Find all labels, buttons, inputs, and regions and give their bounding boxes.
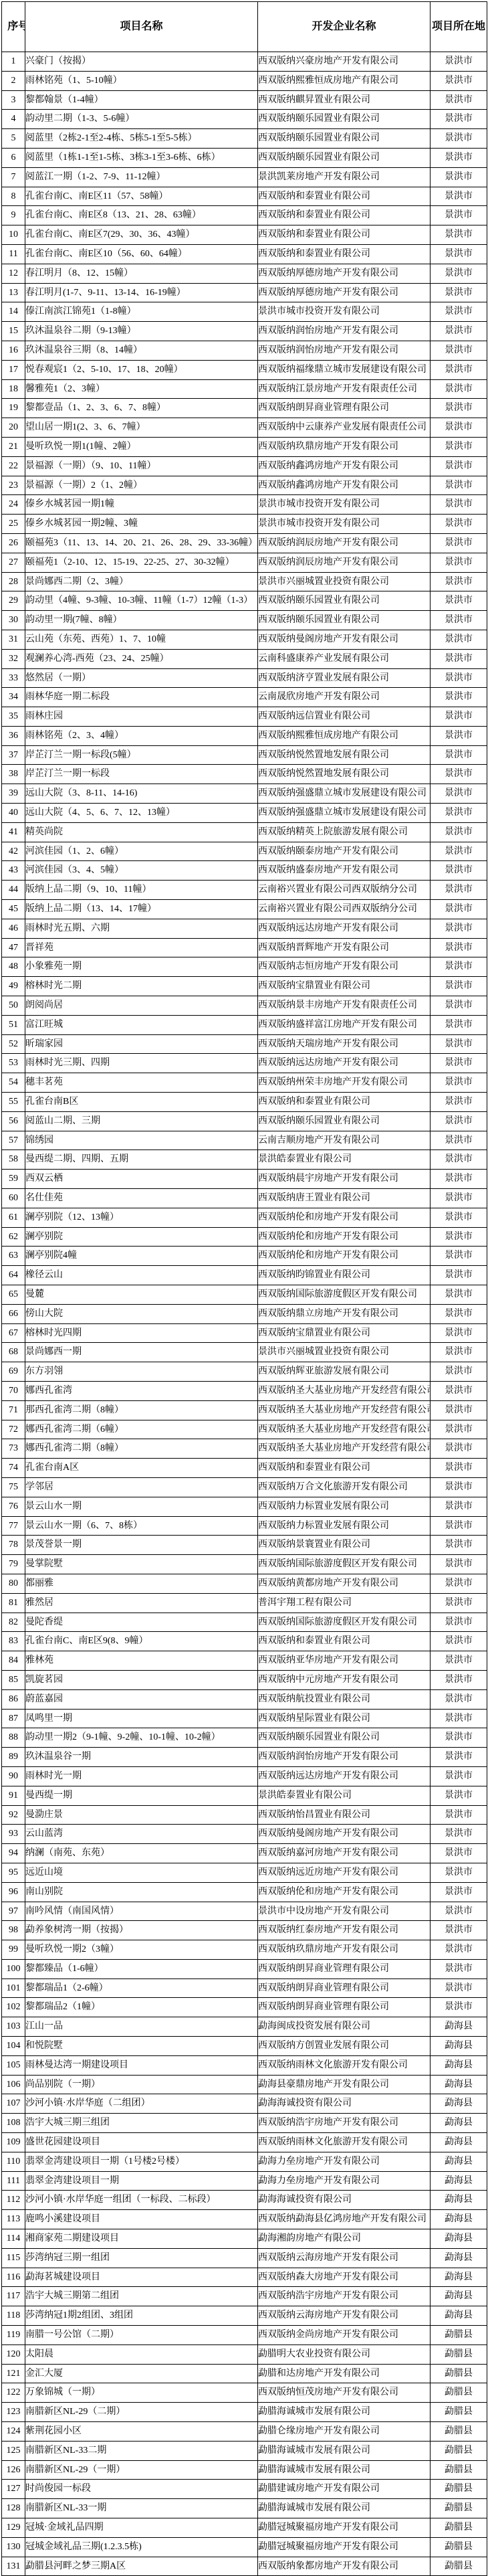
- project-location: 景洪市: [431, 630, 487, 649]
- row-number: 130: [2, 2537, 25, 2557]
- project-location: 勐腊县: [431, 2518, 487, 2538]
- project-name: 盛世花园建设项目: [25, 2133, 258, 2152]
- project-name: 景云山水一期: [25, 1497, 258, 1516]
- project-location: 景洪市: [431, 1420, 487, 1439]
- developer-name: 西双版纳远达房地产开发有限公司: [258, 1054, 431, 1073]
- project-name: 湘商家苑二期建设项目: [25, 2229, 258, 2249]
- project-name: 锦绣园: [25, 1131, 258, 1150]
- project-location: 勐海县: [431, 2171, 487, 2191]
- project-name: 韵动里一期(7幢、8幢）: [25, 611, 258, 630]
- project-location: 景洪市: [431, 1844, 487, 1863]
- developer-name: 西双版纳晨宇房地产开发有限公司: [258, 1170, 431, 1189]
- row-number: 52: [2, 1034, 25, 1054]
- project-location: 景洪市: [431, 1400, 487, 1420]
- table-row: 24傣乡水城茗园一期1幢景洪市城市投资开发有限公司景洪市: [2, 495, 487, 515]
- row-number: 103: [2, 2017, 25, 2037]
- project-location: 景洪市: [431, 1959, 487, 1979]
- table-row: 1兴豪门（按揭）西双版纳兴豪房地产开发有限公司景洪市: [2, 52, 487, 72]
- developer-name: 西双版纳和泰置业有限公司: [258, 1459, 431, 1478]
- developer-name: 西双版纳颐乐园置业有限公司: [258, 1111, 431, 1131]
- project-location: 景洪市: [431, 244, 487, 264]
- project-name: 景福源（一期）（9、10、11幢）: [25, 456, 258, 476]
- developer-name: 西双版纳天瑞房地产开发有限公司: [258, 1034, 431, 1054]
- row-number: 72: [2, 1420, 25, 1439]
- developer-name: 云南吉顺房地产开发有限公司: [258, 1131, 431, 1150]
- developer-name: 西双版纳雨林文化旅游开发有限公司: [258, 2055, 431, 2075]
- row-number: 42: [2, 842, 25, 861]
- table-row: 56阅蓝山二期、三期西双版纳颐乐园置业有限公司景洪市: [2, 1111, 487, 1131]
- project-location: 勐腊县: [431, 2480, 487, 2499]
- row-number: 113: [2, 2210, 25, 2229]
- table-row: 4韵动里二期（1-3、5-6幢）西双版纳颐乐园置业有限公司景洪市: [2, 110, 487, 129]
- row-number: 77: [2, 1516, 25, 1536]
- project-name: 莎湾纳冠1期2组团、3组团: [25, 2306, 258, 2326]
- row-number: 115: [2, 2248, 25, 2268]
- project-location: 勐腊县: [431, 2441, 487, 2460]
- developer-name: 西双版纳朗昇商业管理有限公司: [258, 1959, 431, 1979]
- project-name: 南腊新区NL-33一期: [25, 2499, 258, 2518]
- project-location: 景洪市: [431, 1555, 487, 1574]
- project-name: 东方羽翎: [25, 1362, 258, 1382]
- row-number: 91: [2, 1786, 25, 1805]
- table-row: 83孔雀台南C、南E区9(8、9幢）西双版纳和泰置业有限公司景洪市: [2, 1632, 487, 1651]
- developer-name: 西双版纳和泰置业有限公司: [258, 225, 431, 245]
- table-row: 77景云山水一期（6、7、8栋）西双版纳力标置业发展有限公司景洪市: [2, 1516, 487, 1536]
- developer-name: 西双版纳远达房地产开发有限公司: [258, 1766, 431, 1786]
- project-name: 云山蓝湾: [25, 1825, 258, 1844]
- row-number: 64: [2, 1266, 25, 1285]
- table-row: 125南腊新区NL-33二期勐腊海诚城市发展有限公司勐腊县: [2, 2441, 487, 2460]
- developer-name: 西双版纳润怡房地产开发有限公司: [258, 341, 431, 360]
- table-row: 71那西孔雀湾二期（8幢）西双版纳圣大基业房地产开发经营有限公司景洪市: [2, 1400, 487, 1420]
- row-number: 82: [2, 1613, 25, 1632]
- developer-name: 西双版纳志恒房地产开发有限公司: [258, 957, 431, 977]
- project-location: 景洪市: [431, 1439, 487, 1459]
- developer-name: 西双版纳福缘鼎立城市发展建设有限公司: [258, 360, 431, 379]
- developer-name: 西双版纳州荣丰房地产开发有限公司: [258, 1073, 431, 1093]
- row-number: 28: [2, 572, 25, 591]
- table-row: 109盛世花园建设项目西双版纳雨林文化旅游开发有限公司勐海县: [2, 2133, 487, 2152]
- project-name: 黎都翰景（1-4幢）: [25, 90, 258, 110]
- row-number: 34: [2, 688, 25, 707]
- developer-name: 西双版纳力标置业发展有限公司: [258, 1516, 431, 1536]
- table-row: 6阅蓝里（1栋1-1至1-5栋、3栋3-1至3-6栋、6栋）西双版纳颐乐园置业有…: [2, 148, 487, 167]
- developer-name: 西双版纳景寰置业有限公司: [258, 1536, 431, 1555]
- developer-name: 西双版纳颐乐园置业有限公司: [258, 129, 431, 149]
- table-row: 11孔雀台南C、南E区10（56、60、64幢）西双版纳和泰置业有限公司景洪市: [2, 244, 487, 264]
- row-number: 5: [2, 129, 25, 149]
- row-number: 36: [2, 726, 25, 745]
- project-location: 景洪市: [431, 1111, 487, 1131]
- developer-name: 勐腊建诚房地产开发有限公司: [258, 2480, 431, 2499]
- project-location: 勐海县: [431, 2114, 487, 2133]
- developer-name: 西双版纳嘉河房地产开发有限公司: [258, 1844, 431, 1863]
- project-location: 勐海县: [431, 2287, 487, 2306]
- developer-name: 西双版纳景丰房地产开发有限责任公司: [258, 996, 431, 1016]
- developer-name: 西双版纳亚华房地产开发有限公司: [258, 1651, 431, 1671]
- project-location: 勐海县: [431, 2055, 487, 2075]
- project-name: 江山一品: [25, 2017, 258, 2037]
- developer-name: 西双版纳鑫鸿房地产开发有限公司: [258, 476, 431, 495]
- project-location: 勐腊县: [431, 2422, 487, 2442]
- row-number: 102: [2, 1998, 25, 2017]
- row-number: 23: [2, 476, 25, 495]
- project-location: 景洪市: [431, 668, 487, 688]
- row-number: 73: [2, 1439, 25, 1459]
- table-row: 120太阳晨勐腊明大农业投资有限公司勐腊县: [2, 2344, 487, 2364]
- row-number: 89: [2, 1748, 25, 1767]
- table-row: 26颐福苑3（11、13、14、20、21、26、28、29、33-36幢）西双…: [2, 533, 487, 553]
- developer-name: 西双版纳方创置业发展有限公司: [258, 2037, 431, 2056]
- table-row: 62澜亭别院西双版纳伦和房地产开发有限公司景洪市: [2, 1227, 487, 1247]
- project-location: 景洪市: [431, 476, 487, 495]
- project-name: 孔雀台南C、南E区7(29、30、36、43幢）: [25, 225, 258, 245]
- table-row: 61澜亭别院（12、13幢）西双版纳伦和房地产开发有限公司景洪市: [2, 1208, 487, 1227]
- developer-name: 西双版纳金尚房地产开发有限公司: [258, 2326, 431, 2345]
- table-row: 27颐福苑1（2-10、12、15-19、22-25、27、30-32幢）西双版…: [2, 553, 487, 572]
- row-number: 121: [2, 2364, 25, 2383]
- project-location: 景洪市: [431, 1670, 487, 1689]
- project-location: 勐海县: [431, 2248, 487, 2268]
- project-location: 景洪市: [431, 52, 487, 72]
- row-number: 54: [2, 1073, 25, 1093]
- project-name: 景尚娜西一期: [25, 1343, 258, 1362]
- developer-name: 西双版纳玖鼎房地产开发有限公司: [258, 1940, 431, 1960]
- row-number: 25: [2, 515, 25, 534]
- table-body: 1兴豪门（按揭）西双版纳兴豪房地产开发有限公司景洪市2雨林铭苑（1、5-10幢）…: [2, 52, 487, 2576]
- project-location: 景洪市: [431, 765, 487, 784]
- row-number: 86: [2, 1689, 25, 1709]
- developer-name: 西双版纳朗昇商业管理有限公司: [258, 1979, 431, 1998]
- project-name: 莎湾纳冠三期一组团: [25, 2248, 258, 2268]
- table-row: 93云山蓝湾西双版纳曼阁房地产开发有限公司景洪市: [2, 1825, 487, 1844]
- table-row: 54穗丰茗苑西双版纳州荣丰房地产开发有限公司景洪市: [2, 1073, 487, 1093]
- project-name: 小象雅苑一期: [25, 957, 258, 977]
- project-location: 景洪市: [431, 1477, 487, 1497]
- row-number: 129: [2, 2518, 25, 2538]
- project-location: 勐腊县: [431, 2557, 487, 2576]
- project-location: 景洪市: [431, 553, 487, 572]
- project-name: 雨林华庭一期二标段: [25, 688, 258, 707]
- table-row: 98勐养象树湾一期（按揭）西双版纳红泰房地产开发有限公司景洪市: [2, 1921, 487, 1940]
- row-number: 119: [2, 2326, 25, 2345]
- developer-name: 勐腊海诚城市发展有限公司: [258, 2441, 431, 2460]
- project-location: 景洪市: [431, 1805, 487, 1825]
- table-row: 38岸芷汀兰一期一标段西双版纳悦然置地发展有限公司景洪市: [2, 765, 487, 784]
- table-row: 128南腊新区NL-33一期勐腊海诚城市发展有限公司勐腊县: [2, 2499, 487, 2518]
- project-name: 阅蓝里（2栋2-1至2-4栋、5栋5-1至5-5栋）: [25, 129, 258, 149]
- row-number: 33: [2, 668, 25, 688]
- project-location: 景洪市: [431, 1189, 487, 1208]
- table-row: 23景福源（一期）2（1、2幢）西双版纳鑫鸿房地产开发有限公司景洪市: [2, 476, 487, 495]
- project-name: 鹿鸣小溪建设项目: [25, 2210, 258, 2229]
- table-row: 37岸芷汀兰一期一标段(5幢）西双版纳悦然置地发展有限公司景洪市: [2, 745, 487, 765]
- project-location: 景洪市: [431, 1632, 487, 1651]
- project-name: 穗丰茗苑: [25, 1073, 258, 1093]
- row-number: 4: [2, 110, 25, 129]
- row-number: 70: [2, 1381, 25, 1400]
- developer-name: 西双版纳熙雅恒成房地产有限公司: [258, 726, 431, 745]
- row-number: 32: [2, 649, 25, 668]
- row-number: 40: [2, 804, 25, 823]
- row-number: 120: [2, 2344, 25, 2364]
- developer-name: 西双版纳和泰置业有限公司: [258, 206, 431, 225]
- developer-name: 西双版纳中元房地产开发有限公司: [258, 1670, 431, 1689]
- project-name: 望山居一期1(2、3、6、7幢）: [25, 418, 258, 438]
- developer-name: 景洪市兴丽城置业投资有限公司: [258, 572, 431, 591]
- header-row: 序号 项目名称 开发企业名称 项目所在地: [2, 2, 487, 52]
- row-number: 44: [2, 881, 25, 900]
- row-number: 43: [2, 861, 25, 881]
- table-row: 78景茂誉景一期西双版纳景寰置业有限公司景洪市: [2, 1536, 487, 1555]
- table-row: 21曼听玖悦一期1(1幢、2幢）西双版纳玖鼎房地产开发有限公司景洪市: [2, 437, 487, 456]
- table-row: 59西双云栖西双版纳晨宇房地产开发有限公司景洪市: [2, 1170, 487, 1189]
- table-row: 50朗阅尚居西双版纳景丰房地产开发有限责任公司景洪市: [2, 996, 487, 1016]
- project-name: 浩宇大城三期第二组团: [25, 2287, 258, 2306]
- project-location: 景洪市: [431, 804, 487, 823]
- row-number: 122: [2, 2383, 25, 2403]
- developer-name: 西双版纳恒茂房地产开发有限公司: [258, 2383, 431, 2403]
- project-location: 景洪市: [431, 1921, 487, 1940]
- project-name: 曼西缇二期、四期、五期: [25, 1150, 258, 1170]
- table-row: 81雅然居普洱宇翔工程有限公司景洪市: [2, 1593, 487, 1613]
- project-location: 景洪市: [431, 418, 487, 438]
- projects-table: 序号 项目名称 开发企业名称 项目所在地 1兴豪门（按揭）西双版纳兴豪房地产开发…: [1, 1, 487, 2576]
- row-number: 69: [2, 1362, 25, 1382]
- row-number: 13: [2, 283, 25, 302]
- project-location: 景洪市: [431, 1766, 487, 1786]
- table-row: 121金汇大厦勐腊和达房地产开发有限公司勐腊县: [2, 2364, 487, 2383]
- project-location: 景洪市: [431, 206, 487, 225]
- developer-name: 西双版纳国际旅游度假区开发有限公司: [258, 1285, 431, 1305]
- developer-name: 西双版纳象都房地产开发有限公司: [258, 2557, 431, 2576]
- table-row: 35雨林庄园西双版纳远信置业有限公司景洪市: [2, 707, 487, 727]
- table-row: 19黎都壹品（1、2、3、6、7、8幢）西双版纳朗昇商业管理有限公司景洪市: [2, 399, 487, 418]
- row-number: 114: [2, 2229, 25, 2249]
- row-number: 101: [2, 1979, 25, 1998]
- row-number: 92: [2, 1805, 25, 1825]
- table-row: 72娜西孔雀湾二期（6幢）西双版纳圣大基业房地产开发经营有限公司景洪市: [2, 1420, 487, 1439]
- project-name: 曼麓: [25, 1285, 258, 1305]
- table-row: 112沙河小镇·水岸华庭一组团（一标段、二标段）勐海海诚投资有限公司勐海县: [2, 2191, 487, 2210]
- project-location: 景洪市: [431, 379, 487, 399]
- row-number: 47: [2, 938, 25, 957]
- project-name: 沙河小镇·水岸华庭（二组团）: [25, 2094, 258, 2114]
- project-name: 娜西孔雀湾二期（6幢）: [25, 1420, 258, 1439]
- table-row: 29韵动里（4幢、9-3幢、10-3幢、11幢（1-7）12幢（1-3）西双版纳…: [2, 591, 487, 611]
- table-row: 91曼西缇一期景洪皓泰置业有限公司景洪市: [2, 1786, 487, 1805]
- developer-name: 西双版纳颐乐园置业有限公司: [258, 1728, 431, 1748]
- row-number: 105: [2, 2055, 25, 2075]
- table-row: 34雨林华庭一期二标段云南晟欣房地产开发有限公司景洪市: [2, 688, 487, 707]
- row-number: 56: [2, 1111, 25, 1131]
- row-number: 88: [2, 1728, 25, 1748]
- row-number: 6: [2, 148, 25, 167]
- table-row: 107沙河小镇·水岸华庭（二组团）勐海海诚投资有限公司勐海县: [2, 2094, 487, 2114]
- table-row: 97南吟风情（南国风情）景洪市中设房地产开发有限公司景洪市: [2, 1902, 487, 1921]
- project-name: 馨雅苑1（2、3幢）: [25, 379, 258, 399]
- project-location: 景洪市: [431, 1459, 487, 1478]
- project-location: 景洪市: [431, 129, 487, 149]
- project-location: 景洪市: [431, 1362, 487, 1382]
- developer-name: 西双版纳圣大基业房地产开发经营有限公司: [258, 1439, 431, 1459]
- project-name: 版纳上品二期（13、14、17幢）: [25, 900, 258, 919]
- row-number: 127: [2, 2480, 25, 2499]
- project-name: 黎都臻品（1-6幢）: [25, 1959, 258, 1979]
- developer-name: 西双版纳圣大基业房地产开发经营有限公司: [258, 1400, 431, 1420]
- table-row: 8孔雀台南C、南E区11（57、58幢）西双版纳和泰置业有限公司景洪市: [2, 187, 487, 206]
- row-number: 1: [2, 52, 25, 72]
- project-location: 景洪市: [431, 688, 487, 707]
- developer-name: 西双版纳鑫鸿房地产开发有限公司: [258, 456, 431, 476]
- table-row: 60名仕佳苑西双版纳唐王置业有限公司景洪市: [2, 1189, 487, 1208]
- project-location: 景洪市: [431, 842, 487, 861]
- project-location: 景洪市: [431, 1516, 487, 1536]
- project-location: 景洪市: [431, 1863, 487, 1882]
- row-number: 41: [2, 822, 25, 842]
- developer-name: 西双版纳熙雅恒成房地产有限公司: [258, 71, 431, 90]
- project-location: 景洪市: [431, 1728, 487, 1748]
- table-row: 102黎都瑞品2（1幢）西双版纳朗昇商业管理有限公司景洪市: [2, 1998, 487, 2017]
- developer-name: 勐海力垒房地产开发有限公司: [258, 2171, 431, 2191]
- row-number: 10: [2, 225, 25, 245]
- developer-name: 西双版纳江景房地产开发有限责任公司: [258, 379, 431, 399]
- table-row: 67榕林时光四期西双版纳宝鼎置业有限公司景洪市: [2, 1323, 487, 1343]
- developer-name: 西双版纳伦和房地产开发有限公司: [258, 1208, 431, 1227]
- row-number: 109: [2, 2133, 25, 2152]
- project-name: 兴豪门（按揭）: [25, 52, 258, 72]
- developer-name: 西双版纳朗昇商业管理有限公司: [258, 1998, 431, 2017]
- row-number: 45: [2, 900, 25, 919]
- developer-name: 西双版纳辉亚旅游发展有限公司: [258, 1362, 431, 1382]
- project-location: 景洪市: [431, 1015, 487, 1034]
- project-location: 勐海县: [431, 2017, 487, 2037]
- row-number: 125: [2, 2441, 25, 2460]
- developer-name: 西双版纳雨林文化旅游开发有限公司: [258, 2133, 431, 2152]
- project-name: 万象锦城（一期）: [25, 2383, 258, 2403]
- project-name: 凤鸣里一期: [25, 1709, 258, 1728]
- project-name: 河滨佳园（1、2、6幢）: [25, 842, 258, 861]
- project-location: 景洪市: [431, 302, 487, 322]
- project-location: 景洪市: [431, 187, 487, 206]
- project-name: 南腊新区NL-29（二期）: [25, 2403, 258, 2422]
- table-row: 84雅林苑西双版纳亚华房地产开发有限公司景洪市: [2, 1651, 487, 1671]
- project-location: 景洪市: [431, 1054, 487, 1073]
- developer-name: 景洪市城市投资开发有限公司: [258, 495, 431, 515]
- row-number: 108: [2, 2114, 25, 2133]
- table-row: 65曼麓西双版纳国际旅游度假区开发有限公司景洪市: [2, 1285, 487, 1305]
- project-name: 玖沐温泉谷三期（8、14幢）: [25, 341, 258, 360]
- project-name: 孔雀台南C、南E区10（56、60、64幢）: [25, 244, 258, 264]
- developer-name: 西双版纳润辰房地产开发有限公司: [258, 533, 431, 553]
- table-row: 75学邻居西双版纳万合文化旅游开发有限公司景洪市: [2, 1477, 487, 1497]
- row-number: 68: [2, 1343, 25, 1362]
- project-location: 景洪市: [431, 1343, 487, 1362]
- table-row: 87凤鸣里一期西双版纳星际置业有限公司景洪市: [2, 1709, 487, 1728]
- table-row: 17悦春观宸1（2、5-10、17、18、20幢）西双版纳福缘鼎立城市发展建设有…: [2, 360, 487, 379]
- row-number: 118: [2, 2306, 25, 2326]
- row-number: 51: [2, 1015, 25, 1034]
- project-name: 曼泐庄景: [25, 1805, 258, 1825]
- row-number: 11: [2, 244, 25, 264]
- table-row: 52昕瑞家园西双版纳天瑞房地产开发有限公司景洪市: [2, 1034, 487, 1054]
- row-number: 46: [2, 919, 25, 938]
- table-row: 103江山一品勐海闽成投资发展有限公司勐海县: [2, 2017, 487, 2037]
- developer-name: 西双版纳朗昇商业管理有限公司: [258, 399, 431, 418]
- table-row: 86蔚蓝嘉园西双版纳航投置业有限公司景洪市: [2, 1689, 487, 1709]
- project-name: 朗阅尚居: [25, 996, 258, 1016]
- project-name: 孔雀台南C、南E区9(8、9幢）: [25, 1632, 258, 1651]
- project-location: 勐海县: [431, 2191, 487, 2210]
- table-row: 55孔雀台南B区西双版纳和泰置业有限公司景洪市: [2, 1093, 487, 1112]
- developer-name: 云南晟欣房地产开发有限公司: [258, 688, 431, 707]
- project-name: 曼西缇一期: [25, 1786, 258, 1805]
- developer-name: 勐腊冠城聚福房地产开发有限公司: [258, 2518, 431, 2538]
- row-number: 50: [2, 996, 25, 1016]
- project-name: 颐福苑3（11、13、14、20、21、26、28、29、33-36幢）: [25, 533, 258, 553]
- row-number: 59: [2, 1170, 25, 1189]
- project-name: 冠城金域礼品三期(1.2.3.5栋): [25, 2537, 258, 2557]
- developer-name: 景洪市兴丽城置业投资有限公司: [258, 1343, 431, 1362]
- project-name: 西双云栖: [25, 1170, 258, 1189]
- developer-name: 勐腊仑缘房地产开发有限公司: [258, 2422, 431, 2442]
- project-name: 阅蓝山二期、三期: [25, 1111, 258, 1131]
- project-location: 景洪市: [431, 341, 487, 360]
- project-name: 曼掌院墅: [25, 1555, 258, 1574]
- project-name: 韵动里二期（1-3、5-6幢）: [25, 110, 258, 129]
- row-number: 67: [2, 1323, 25, 1343]
- table-row: 117浩宇大城三期第二组团西双版纳浩宇房地产开发有限公司勐海县: [2, 2287, 487, 2306]
- project-location: 景洪市: [431, 1709, 487, 1728]
- project-location: 景洪市: [431, 1381, 487, 1400]
- developer-name: 西双版纳润辰房地产开发有限公司: [258, 553, 431, 572]
- row-number: 71: [2, 1400, 25, 1420]
- project-location: 景洪市: [431, 148, 487, 167]
- developer-name: 西双版纳兴豪房地产开发有限公司: [258, 52, 431, 72]
- project-name: 娜西孔雀湾: [25, 1381, 258, 1400]
- row-number: 85: [2, 1670, 25, 1689]
- project-location: 景洪市: [431, 264, 487, 283]
- developer-name: 西双版纳精英上院旅游发展有限公司: [258, 822, 431, 842]
- table-row: 43河滨佳园（3、4、5幢）西双版纳盛泰房地产开发有限公司景洪市: [2, 861, 487, 881]
- developer-name: 勐海海诚投资有限公司: [258, 2191, 431, 2210]
- project-name: 紫荆花园小区: [25, 2422, 258, 2442]
- project-location: 景洪市: [431, 611, 487, 630]
- developer-name: 西双版纳伦和房地产开发有限公司: [258, 1227, 431, 1247]
- row-number: 111: [2, 2171, 25, 2191]
- project-name: 翡翠金湾建设项目一期: [25, 2171, 258, 2191]
- developer-name: 西双版纳森大房地产开发有限公司: [258, 2268, 431, 2287]
- project-name: 金汇大厦: [25, 2364, 258, 2383]
- row-number: 112: [2, 2191, 25, 2210]
- table-row: 42河滨佳园（1、2、6幢）西双版纳颐泰房地产开发有限公司景洪市: [2, 842, 487, 861]
- project-name: 玖沐温泉谷一期: [25, 1748, 258, 1767]
- project-location: 景洪市: [431, 225, 487, 245]
- row-number: 128: [2, 2499, 25, 2518]
- project-location: 景洪市: [431, 1497, 487, 1516]
- table-row: 126南腊新区NL-29（一期）勐腊海诚城市发展有限公司勐腊县: [2, 2460, 487, 2480]
- developer-name: 勐海县豪鼎房地产开发有限公司: [258, 2075, 431, 2094]
- table-row: 53雨林时光三期、四期西双版纳远达房地产开发有限公司景洪市: [2, 1054, 487, 1073]
- project-name: 南山别院: [25, 1882, 258, 1902]
- row-number: 74: [2, 1459, 25, 1478]
- project-location: 景洪市: [431, 399, 487, 418]
- project-location: 景洪市: [431, 1227, 487, 1247]
- developer-name: 西双版纳厚德房地产开发有限公司: [258, 264, 431, 283]
- project-location: 勐腊县: [431, 2364, 487, 2383]
- developer-name: 西双版纳颐乐园置业有限公司: [258, 148, 431, 167]
- project-name: 远近山境: [25, 1863, 258, 1882]
